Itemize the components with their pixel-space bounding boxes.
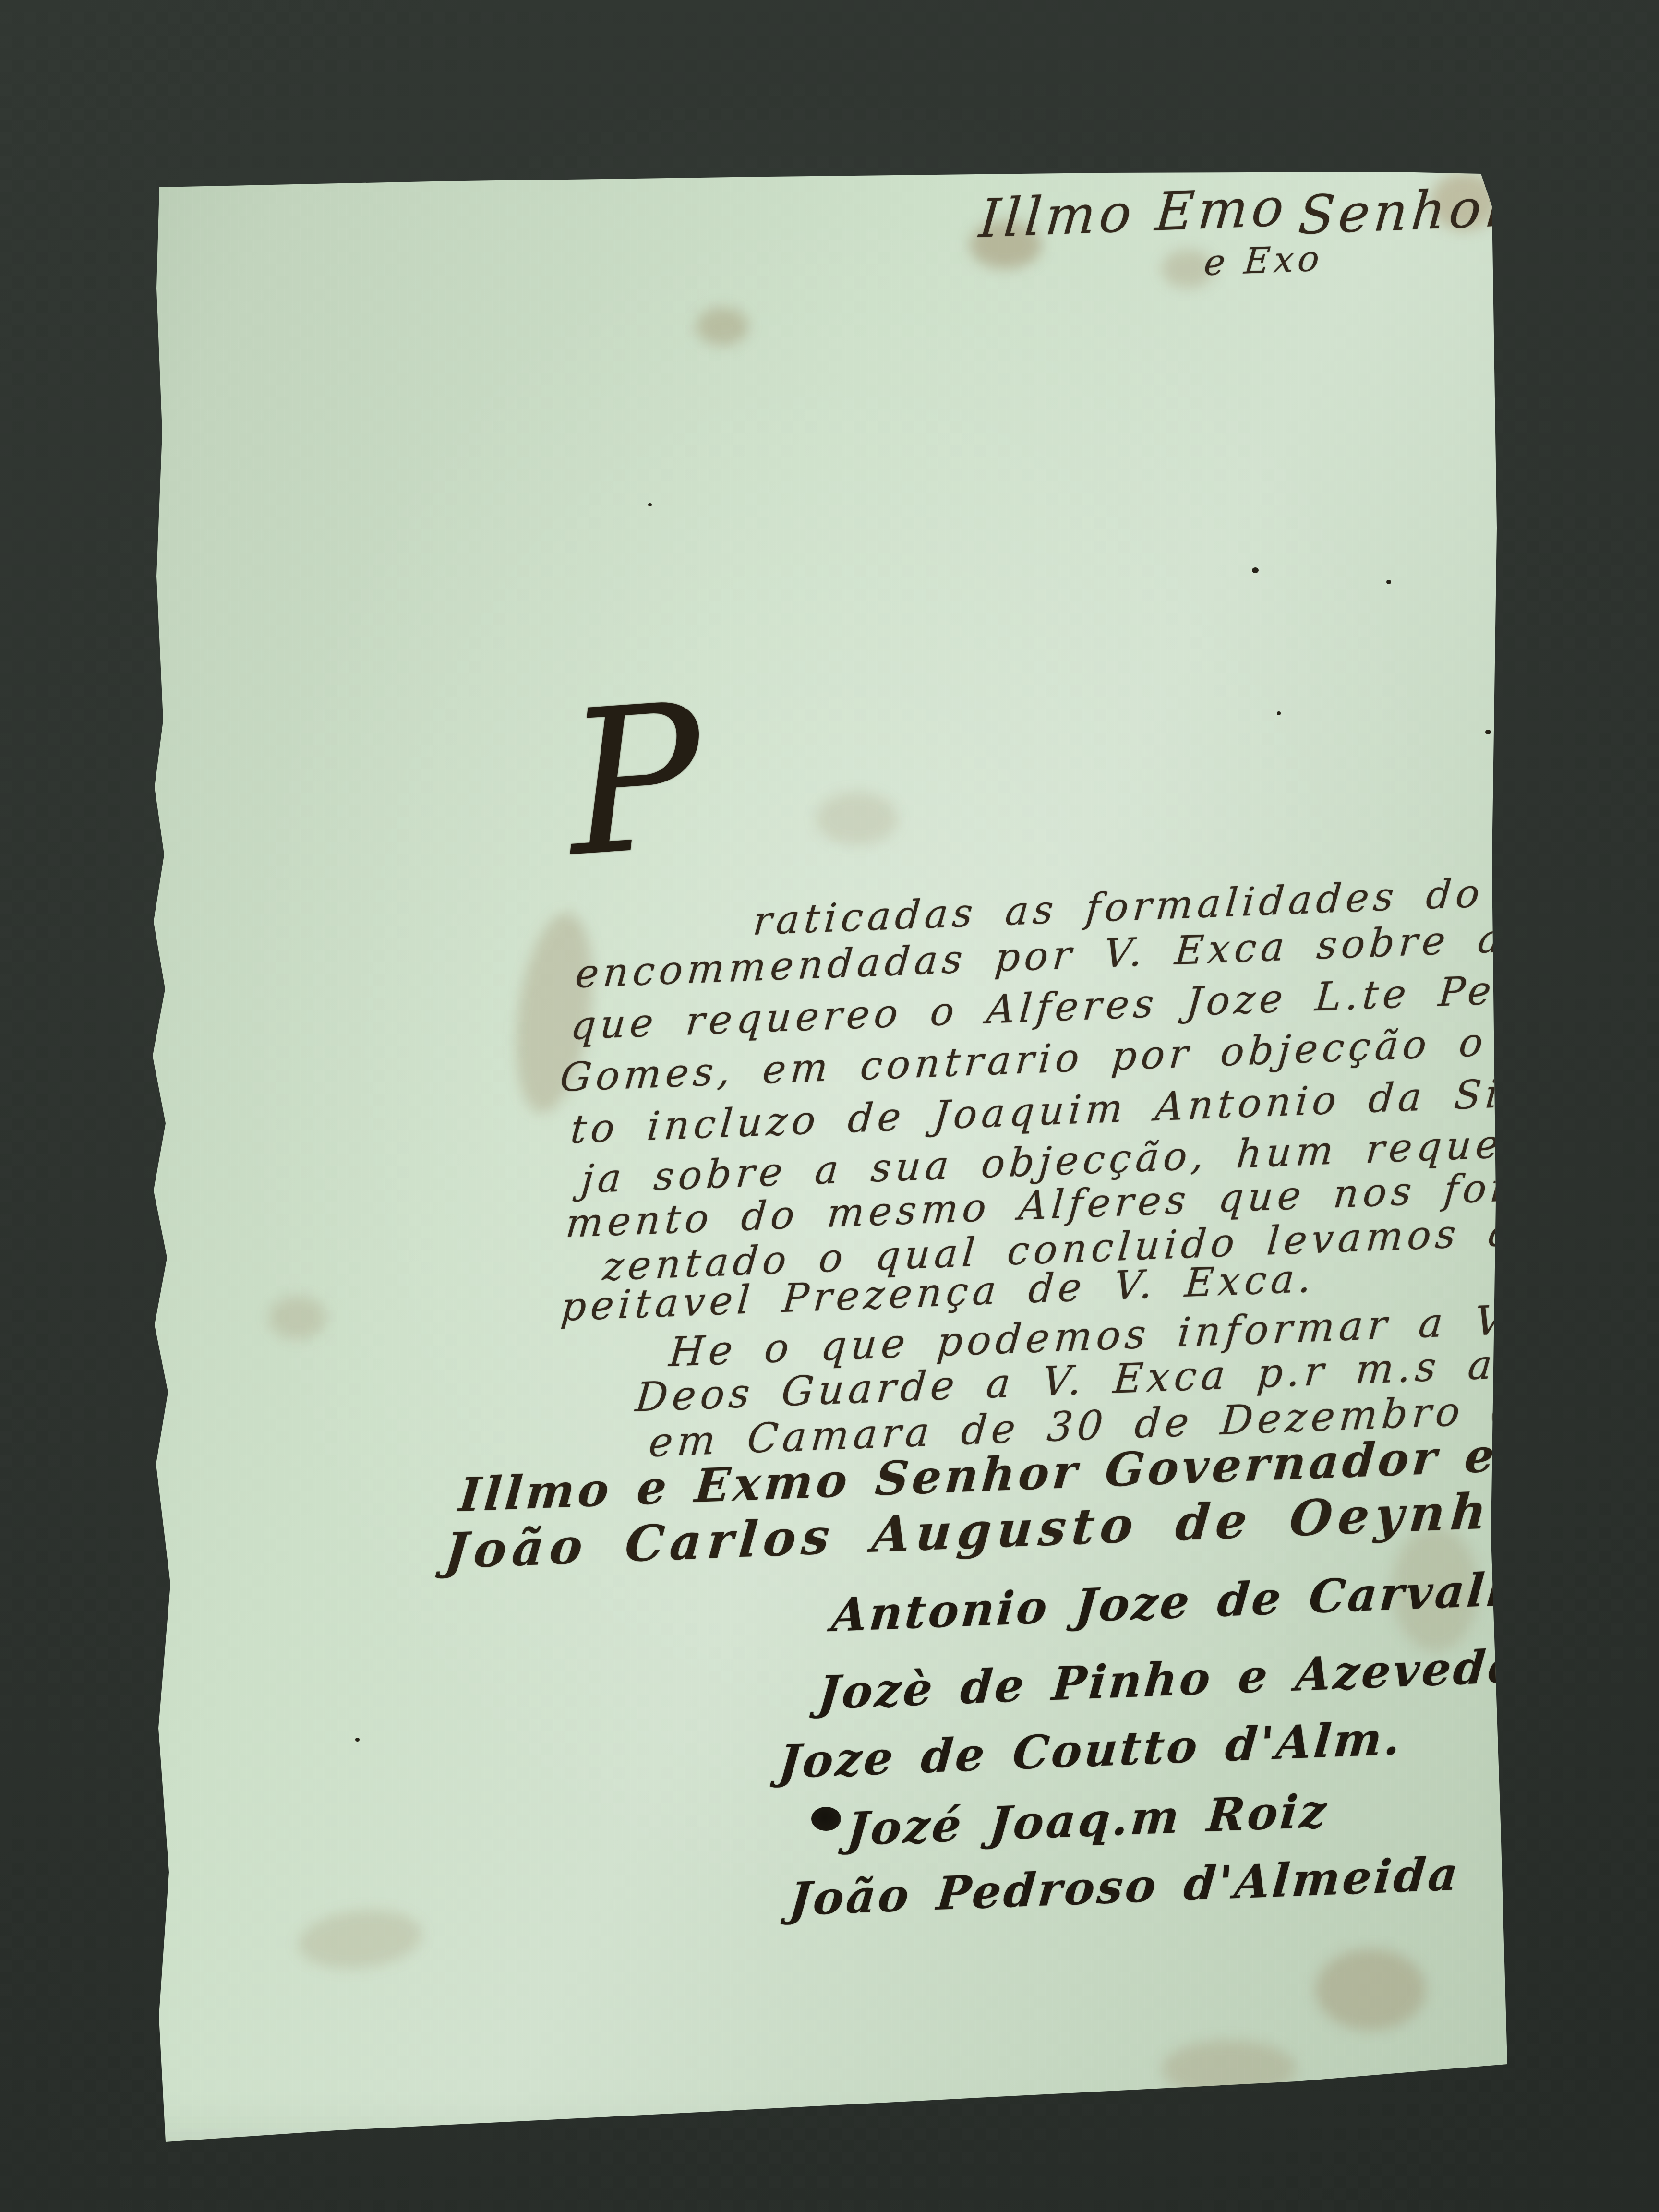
stain	[816, 792, 898, 845]
stain	[1162, 2040, 1296, 2098]
speck	[355, 1738, 360, 1742]
speck	[648, 503, 652, 506]
manuscript-paper-sheet: Illmo Emo e Exo Senhor P raticadas as fo…	[0, 0, 1659, 2212]
stain	[269, 1296, 326, 1339]
ink-blot	[811, 1807, 841, 1831]
signature: Joze de Coutto d'Alm.	[777, 1712, 1405, 1789]
speck	[1277, 711, 1281, 715]
signature: Antonio Joze de Carvalho Chaves	[829, 1552, 1659, 1642]
signature: João Pedroso d'Almeida	[787, 1847, 1462, 1926]
stain	[1315, 1949, 1426, 2031]
signature: Jozè de Pinho e Azevedo.	[816, 1639, 1540, 1720]
stain	[696, 307, 749, 346]
speck	[1252, 567, 1259, 573]
speck	[1485, 730, 1491, 734]
salutation-senhor: Senhor	[1296, 176, 1516, 246]
photograph-background: Illmo Emo e Exo Senhor P raticadas as fo…	[0, 0, 1659, 2212]
drop-cap-initial: P	[561, 677, 709, 885]
speck	[1386, 580, 1391, 584]
signature: Jozé Joaq.m Roiz	[845, 1784, 1331, 1856]
stain	[295, 1904, 425, 1975]
salutation-abbrev-illmo: Illmo Emo	[977, 176, 1290, 250]
